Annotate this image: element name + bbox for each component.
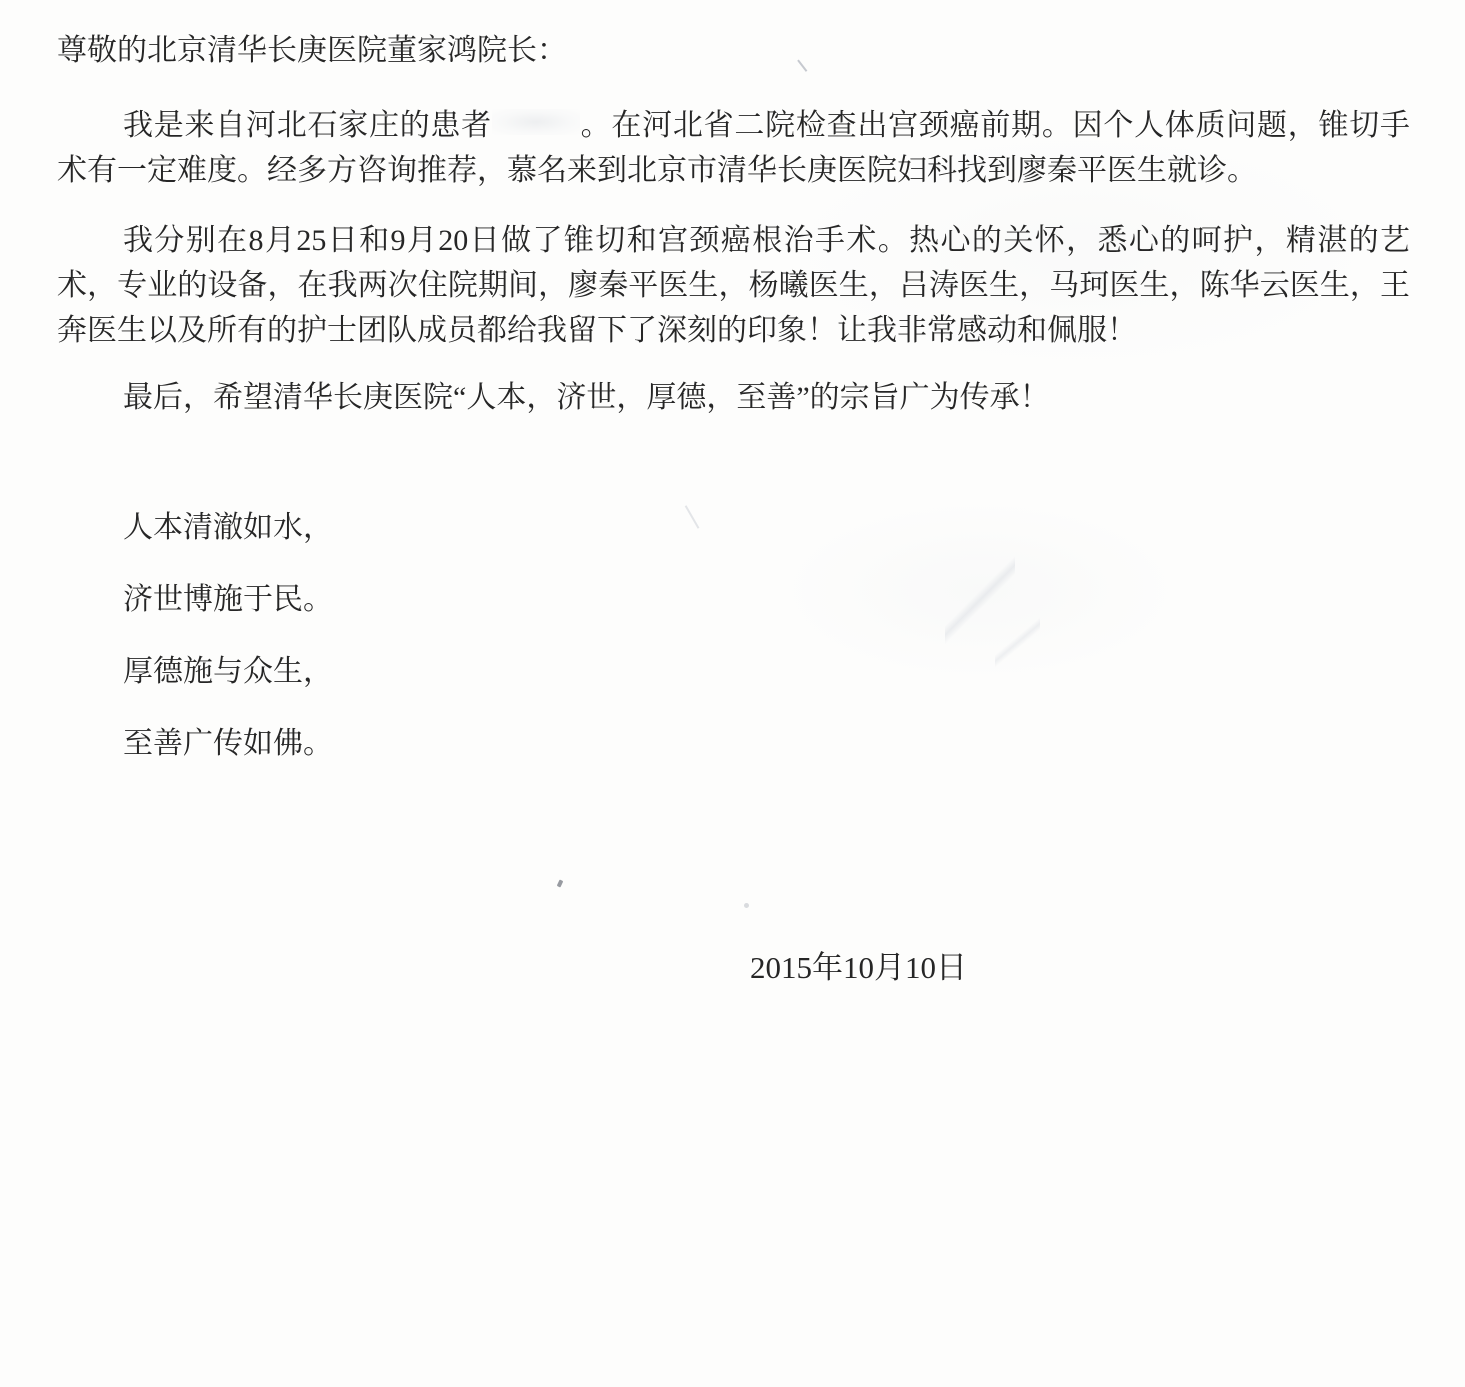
poem: 人本清澈如水， 济世博施于民。 厚德施与众生， 至善广传如佛。 xyxy=(57,505,1410,766)
scan-artifact-speck xyxy=(557,879,564,887)
paragraph-2: 我分别在8月25日和9月20日做了锥切和宫颈癌根治手术。热心的关怀，悉心的呵护，… xyxy=(57,218,1410,353)
paragraph-1: 我是来自河北石家庄的患者。在河北省二院检查出宫颈癌前期。因个人体质问题，锥切手术… xyxy=(57,103,1410,193)
scanned-letter-page: 尊敬的北京清华长庚医院董家鸿院长： 我是来自河北石家庄的患者。在河北省二院检查出… xyxy=(0,0,1465,1387)
poem-line-3: 厚德施与众生， xyxy=(123,649,1410,694)
scan-artifact-speck xyxy=(744,903,749,908)
redacted-patient-name xyxy=(492,109,580,135)
paragraph-1-text-before-redaction: 我是来自河北石家庄的患者 xyxy=(123,109,492,142)
poem-line-2: 济世博施于民。 xyxy=(123,577,1410,622)
poem-line-1: 人本清澈如水， xyxy=(123,505,1410,550)
salutation: 尊敬的北京清华长庚医院董家鸿院长： xyxy=(57,28,1410,73)
paragraph-3: 最后，希望清华长庚医院“人本，济世，厚德，至善”的宗旨广为传承！ xyxy=(57,375,1410,420)
letter-date: 2015年10月10日 xyxy=(57,945,1410,990)
poem-line-4: 至善广传如佛。 xyxy=(123,721,1410,766)
